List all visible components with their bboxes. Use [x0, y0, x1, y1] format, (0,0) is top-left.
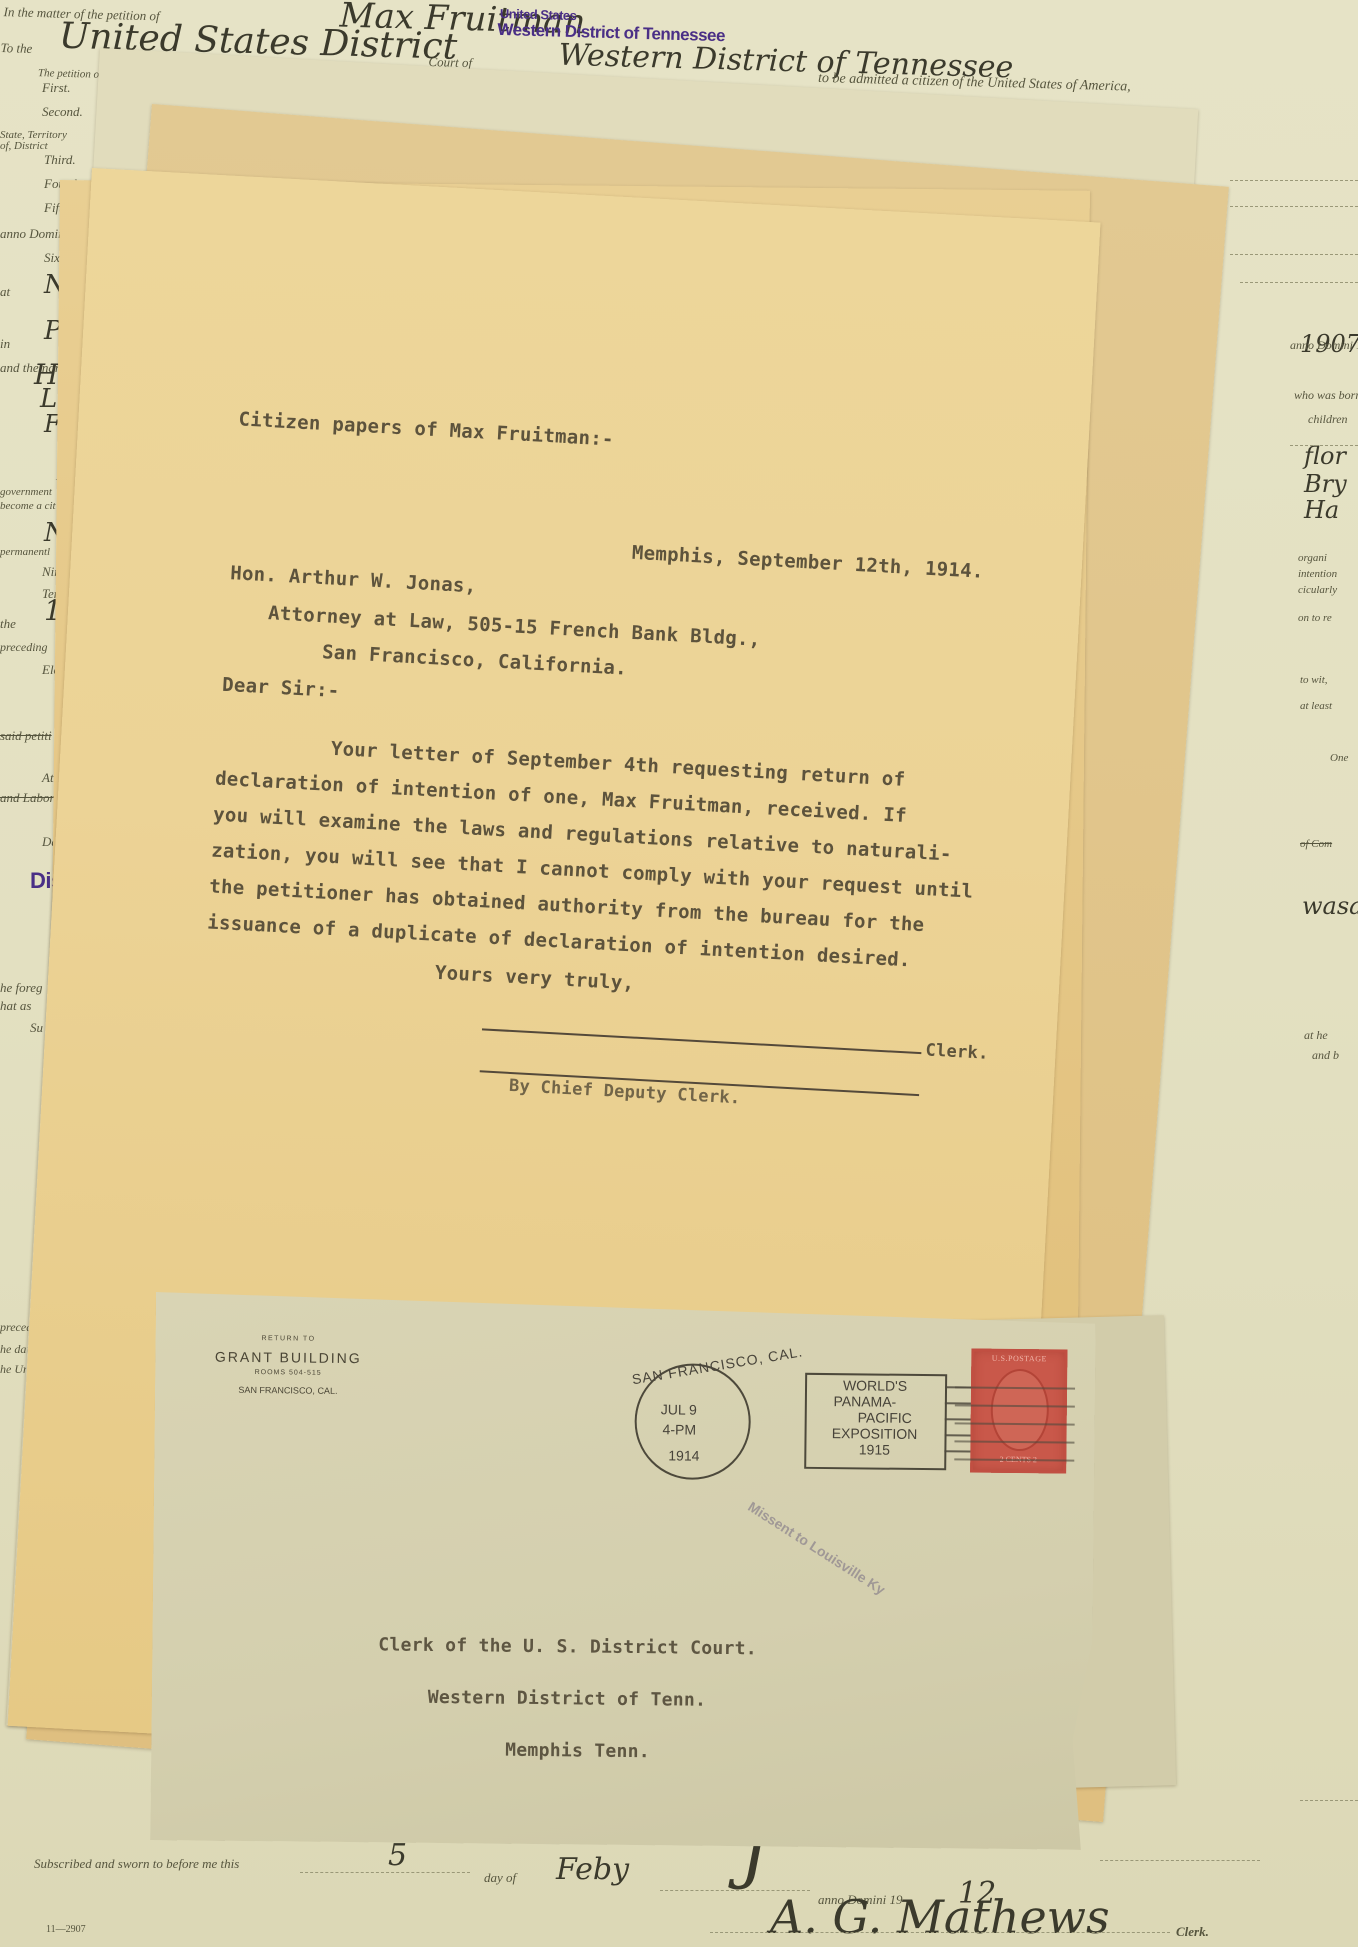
margin-label: Third.: [44, 152, 76, 168]
addressee-line3: Memphis Tenn.: [505, 1740, 650, 1763]
forwarding-stamp: Missent to Louisville Ky: [745, 1498, 888, 1597]
envelope: RETURN TO GRANT BUILDING ROOMS 504-515 S…: [150, 1292, 1096, 1850]
slogan-line: 1915: [804, 1441, 944, 1458]
form-rule-line: [710, 1932, 1170, 1933]
postmark-date: JUL 9: [661, 1401, 697, 1417]
form-rule-line: [1100, 1860, 1260, 1861]
slogan-line: EXPOSITION: [804, 1425, 944, 1442]
margin-label: government: [0, 486, 52, 498]
form-number: 11—2907: [46, 1924, 86, 1935]
margin-label: anno Domini 1: [1290, 338, 1358, 353]
margin-label: at least: [1300, 700, 1332, 712]
form-petition-of-label: The petition of: [38, 67, 102, 81]
day-of-label: day of: [484, 1870, 516, 1886]
margin-label: to wit,: [1300, 674, 1328, 686]
clerk-signature-hand: A. G. Mathews: [770, 1890, 1110, 1944]
recipient-name: Hon. Arthur W. Jonas,: [230, 562, 477, 597]
clerk-label: Clerk.: [925, 1040, 989, 1063]
recipient-address-line2: San Francisco, California.: [322, 641, 628, 679]
margin-label: on to re: [1298, 612, 1332, 624]
return-city: SAN FRANCISCO, CAL.: [213, 1385, 363, 1397]
sworn-day-hand: 5: [388, 1838, 407, 1873]
margin-label: Su: [30, 1020, 43, 1036]
margin-hand: wasa: [1302, 892, 1358, 920]
margin-hand: Ha: [1304, 496, 1339, 524]
margin-label: State, Territory of, District: [0, 130, 80, 152]
margin-label: and b: [1312, 1048, 1339, 1063]
margin-label: cicularly: [1298, 584, 1337, 596]
return-to-label: RETURN TO: [213, 1335, 363, 1344]
return-rooms: ROOMS 504-515: [213, 1369, 363, 1378]
margin-label: permanentl: [0, 546, 50, 558]
deputy-clerk-label: By Chief Deputy Clerk.: [508, 1076, 741, 1109]
postage-stamp: U.S.POSTAGE 2 CENTS 2: [970, 1349, 1067, 1474]
margin-label: he foreg: [0, 980, 42, 996]
postmark-year: 1914: [668, 1447, 699, 1463]
letter-closing: Yours very truly,: [434, 962, 634, 995]
form-to-label: To the: [0, 40, 32, 57]
form-rule-line: [1290, 445, 1358, 446]
slogan-line: PANAMA-: [805, 1393, 925, 1410]
clerk-signature-line: [482, 1028, 921, 1054]
margin-label: preceding: [0, 640, 48, 655]
margin-label: the: [0, 616, 16, 632]
margin-label: children: [1308, 412, 1348, 427]
margin-label: at: [0, 284, 10, 300]
margin-label: said petiti: [0, 728, 52, 744]
sworn-label: Subscribed and sworn to before me this: [34, 1856, 239, 1872]
margin-label: in: [0, 336, 10, 352]
margin-label: anno Domini: [0, 226, 68, 242]
form-rule-line: [1300, 1800, 1358, 1801]
letter-dateline: Memphis, September 12th, 1914.: [631, 542, 984, 583]
margin-label: One: [1330, 752, 1348, 764]
addressee-line1: Clerk of the U. S. District Court.: [378, 1634, 757, 1659]
slogan-line: WORLD'S: [805, 1377, 945, 1394]
postmark-time: 4-PM: [663, 1421, 697, 1437]
margin-label: hat as: [0, 998, 31, 1014]
return-building: GRANT BUILDING: [213, 1349, 363, 1367]
form-right-margin: 1907 anno Domini 1 who was born children…: [1290, 140, 1358, 1640]
margin-label: of Com: [1300, 838, 1332, 850]
month-hand: Feby: [556, 1852, 629, 1887]
margin-label: intention: [1298, 568, 1337, 580]
clerk-label: Clerk.: [1176, 1924, 1209, 1940]
margin-label: organi: [1298, 552, 1327, 564]
stamp-portrait-oval: [990, 1369, 1049, 1452]
form-rule-line: [1230, 206, 1358, 207]
addressee-line2: Western District of Tenn.: [428, 1687, 707, 1711]
stamp-top-text: U.S.POSTAGE: [971, 1354, 1067, 1364]
margin-label: and Labor: [0, 790, 55, 806]
form-rule-line: [1230, 254, 1358, 255]
slogan-line: PACIFIC: [815, 1409, 955, 1426]
letter-subject: Citizen papers of Max Fruitman:-: [238, 408, 614, 450]
form-rule-line: [300, 1872, 470, 1873]
form-rule-line: [1240, 282, 1358, 283]
margin-hand: flor: [1304, 442, 1346, 470]
margin-label: at he: [1304, 1028, 1328, 1043]
margin-label: First.: [42, 80, 71, 96]
form-rule-line: [1230, 180, 1358, 181]
margin-label: become a cit: [0, 500, 56, 512]
letter-salutation: Dear Sir:-: [222, 674, 340, 702]
margin-label: who was born: [1294, 388, 1358, 403]
margin-hand: Bry: [1304, 470, 1347, 498]
margin-label: Second.: [42, 104, 83, 120]
